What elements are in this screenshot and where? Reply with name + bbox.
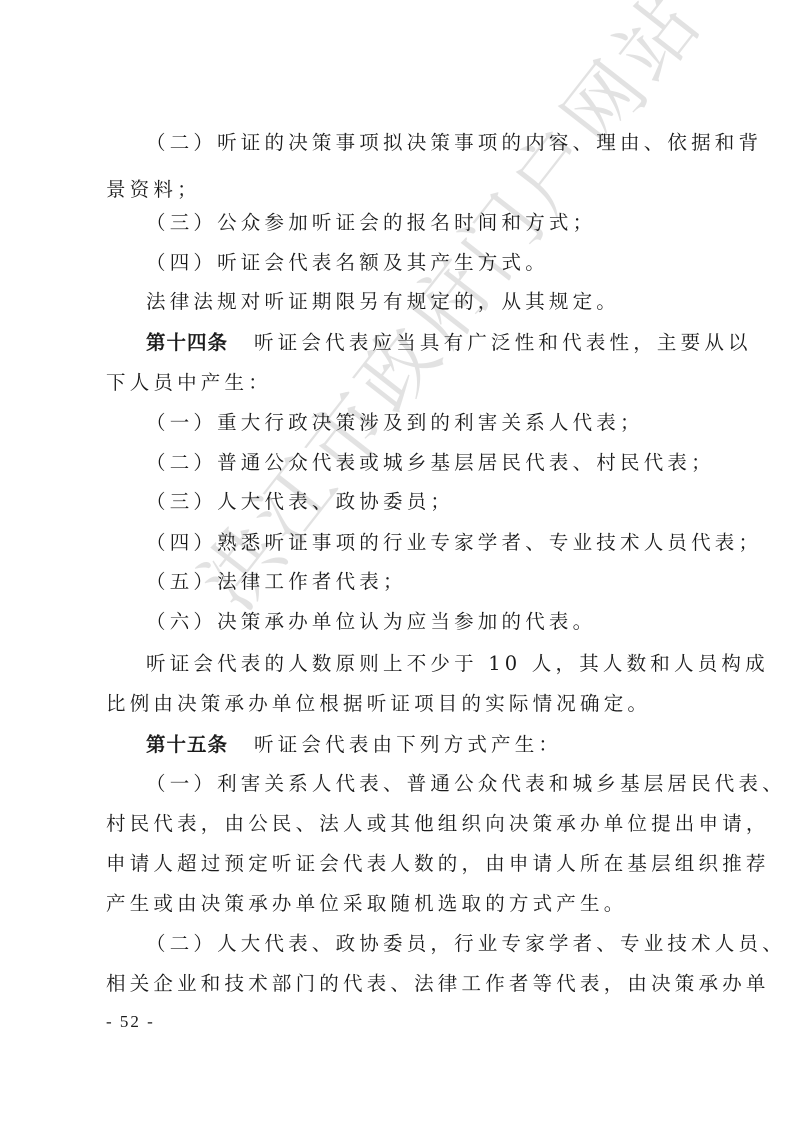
document-page: 洪江市政府门户网站 （二）听证的决策事项拟决策事项的内容、理由、依据和背景资料；… <box>0 0 793 1122</box>
line-text: （三）人大代表、政协委员； <box>146 490 454 513</box>
text-line: （四）熟悉听证事项的行业专家学者、专业技术人员代表； <box>146 529 736 557</box>
text-line: 听证会代表的人数原则上不少于 10 人，其人数和人员构成 <box>146 650 736 678</box>
article-paragraph: 第十五条听证会代表由下列方式产生： <box>146 731 736 759</box>
line-text: （三）公众参加听证会的报名时间和方式； <box>146 211 596 234</box>
line-text: 产生或由决策承办单位采取随机选取的方式产生。 <box>106 892 627 915</box>
text-line: （五）法律工作者代表； <box>146 568 736 596</box>
line-text: 听证会代表应当具有广泛性和代表性，主要从以 <box>254 331 752 354</box>
line-text: 听证会代表由下列方式产生： <box>254 733 562 756</box>
line-text: （四）熟悉听证事项的行业专家学者、专业技术人员代表； <box>146 531 762 554</box>
line-text: 申请人超过预定听证会代表人数的，由申请人所在基层组织推荐 <box>106 852 770 875</box>
line-text: 听证会代表的人数原则上不少于 10 人，其人数和人员构成 <box>146 652 769 675</box>
article-paragraph: 第十四条听证会代表应当具有广泛性和代表性，主要从以 <box>146 329 736 357</box>
text-line: 下人员中产生： <box>106 369 696 397</box>
text-line: （二）听证的决策事项拟决策事项的内容、理由、依据和背 <box>146 129 736 157</box>
text-line: （三）公众参加听证会的报名时间和方式； <box>146 209 736 237</box>
document-body: （二）听证的决策事项拟决策事项的内容、理由、依据和背景资料；（三）公众参加听证会… <box>0 0 793 1122</box>
line-text: （五）法律工作者代表； <box>146 570 407 593</box>
line-text: （一）利害关系人代表、普通公众代表和城乡基层居民代表、 <box>146 772 786 795</box>
line-text: （二）听证的决策事项拟决策事项的内容、理由、依据和背 <box>146 131 762 154</box>
text-line: 相关企业和技术部门的代表、法律工作者等代表，由决策承办单 <box>106 970 696 998</box>
text-line: （四）听证会代表名额及其产生方式。 <box>146 249 736 277</box>
line-text: （二）普通公众代表或城乡基层居民代表、村民代表； <box>146 451 715 474</box>
text-line: （一）利害关系人代表、普通公众代表和城乡基层居民代表、 <box>146 770 736 798</box>
line-text: （二）人大代表、政协委员，行业专家学者、专业技术人员、 <box>146 932 786 955</box>
line-text: 下人员中产生： <box>106 371 272 394</box>
text-line: （六）决策承办单位认为应当参加的代表。 <box>146 608 736 636</box>
text-line: 比例由决策承办单位根据听证项目的实际情况确定。 <box>106 690 696 718</box>
text-line: 景资料； <box>106 176 696 204</box>
text-line: （三）人大代表、政协委员； <box>146 488 736 516</box>
text-line: 产生或由决策承办单位采取随机选取的方式产生。 <box>106 890 696 918</box>
line-text: （一）重大行政决策涉及到的利害关系人代表； <box>146 411 644 434</box>
article-number: 第十四条 <box>146 331 228 354</box>
line-text: （六）决策承办单位认为应当参加的代表。 <box>146 610 596 633</box>
text-line: （二）普通公众代表或城乡基层居民代表、村民代表； <box>146 449 736 477</box>
line-text: 景资料； <box>106 178 201 201</box>
text-line: （一）重大行政决策涉及到的利害关系人代表； <box>146 409 736 437</box>
text-line: 村民代表，由公民、法人或其他组织向决策承办单位提出申请， <box>106 810 696 838</box>
line-text: 比例由决策承办单位根据听证项目的实际情况确定。 <box>106 692 651 715</box>
line-text: 村民代表，由公民、法人或其他组织向决策承办单位提出申请， <box>106 812 770 835</box>
line-text: 相关企业和技术部门的代表、法律工作者等代表，由决策承办单 <box>106 972 770 995</box>
text-line: 申请人超过预定听证会代表人数的，由申请人所在基层组织推荐 <box>106 850 696 878</box>
article-number: 第十五条 <box>146 733 228 756</box>
text-line: 法律法规对听证期限另有规定的，从其规定。 <box>146 288 736 316</box>
text-line: （二）人大代表、政协委员，行业专家学者、专业技术人员、 <box>146 930 736 958</box>
line-text: （四）听证会代表名额及其产生方式。 <box>146 251 549 274</box>
line-text: 法律法规对听证期限另有规定的，从其规定。 <box>146 290 620 313</box>
